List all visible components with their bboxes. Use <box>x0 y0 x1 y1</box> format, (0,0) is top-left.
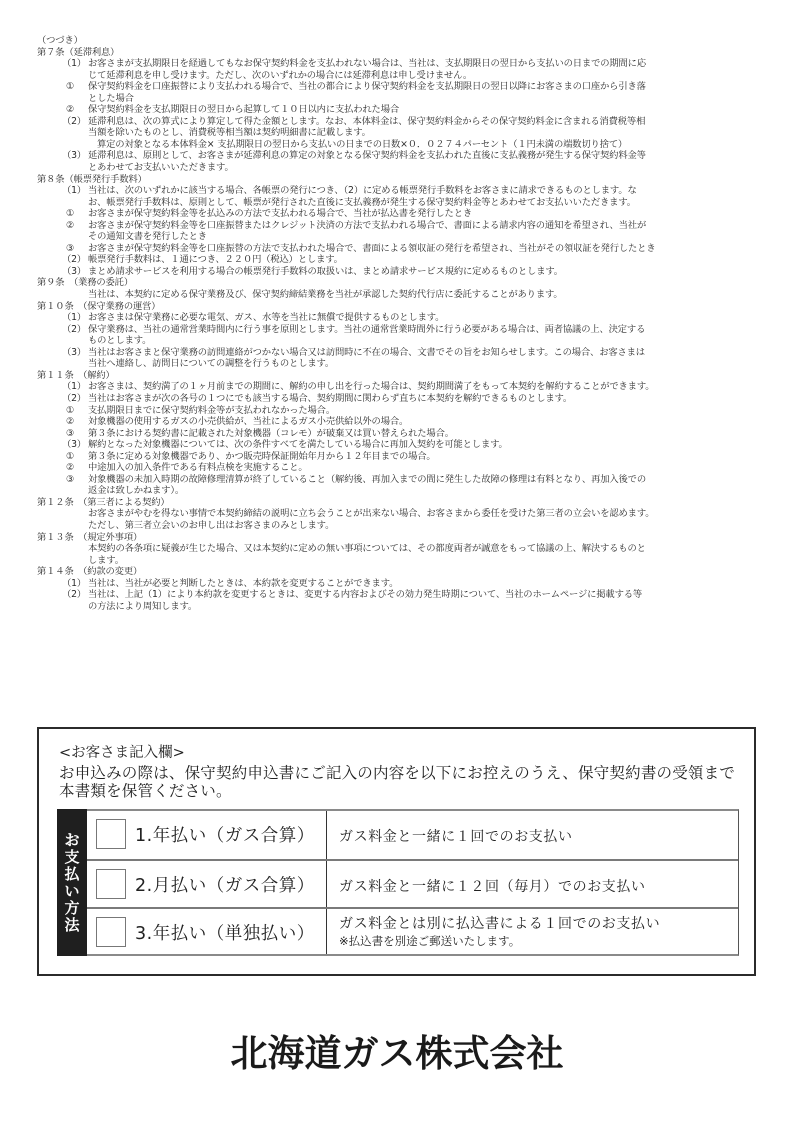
item-number: ② <box>66 416 88 428</box>
item-number: ① <box>66 208 88 220</box>
sub-item: ①保守契約料金を口座振替により支払われる場合で、当社の都合により保守契約料金を支… <box>37 81 762 93</box>
clause-item: （3）まとめ請求サービスを利用する場合の帳票発行手数料の取扱いは、まとめ請求サー… <box>37 266 762 278</box>
article-heading: 第１１条 （解約） <box>37 370 762 382</box>
item-text: 支払期限日までに保守契約料金等が支払われなかった場合。 <box>88 405 335 416</box>
entry-description: お申込みの際は、保守契約申込書にご記入の内容を以下にお控えのうえ、保守契約書の受… <box>59 764 749 800</box>
item-continuation: 当社へ連絡し、訪問日についての調整を行うものとします。 <box>37 358 762 370</box>
item-text: 保守業務は、当社の通常営業時間内に行う事を原則とします。当社の通常営業時間外に行… <box>88 324 645 335</box>
article-body: 当社は、本契約に定める保守業務及び、保守契約締結業務を当社が承認した契約代行店に… <box>37 289 762 301</box>
plan-label: 2.月払い（ガス合算） <box>135 872 315 897</box>
clause-item: （1）お客さまは、契約満了の１ヶ月前までの期間に、解約の申し出を行った場合は、契… <box>37 381 762 393</box>
sub-item: ①第３条に定める対象機器であり、かつ販売時保証開始年月から１２年目までの場合。 <box>37 451 762 463</box>
item-text: 第３条における契約書に記載された対象機器（コレモ）が破棄又は買い替えられた場合。 <box>88 428 454 439</box>
sub-item: ②保守契約料金を支払期限日の翌日から起算して１０日以内に支払われた場合 <box>37 104 762 116</box>
item-number: ① <box>66 405 88 417</box>
item-number: ③ <box>66 428 88 440</box>
clause-item: （2）当社はお客さまが次の各号の１つにでも該当する場合、契約期間に関わらず直ちに… <box>37 393 762 405</box>
item-text: 当社は、上記（1）により本約款を変更するときは、変更する内容およびその効力発生時… <box>88 589 642 600</box>
item-text: お客さまが保守契約料金等を払込みの方法で支払われる場合で、当社が払込書を発行した… <box>88 208 472 219</box>
item-number: （1） <box>62 578 88 590</box>
item-continuation: とあわせてお支払いいただきます。 <box>37 162 762 174</box>
clause-item: （1）お客さまが支払期限日を経過してもなお保守契約料金を支払われない場合は、当社… <box>37 58 762 70</box>
item-number: （2） <box>62 254 88 266</box>
clause-item: （2）保守業務は、当社の通常営業時間内に行う事を原則とします。当社の通常営業時間… <box>37 324 762 336</box>
item-text: 対象機器の未加入時期の故障修理清算が終了していること（解約後、再加入までの間に発… <box>88 474 646 485</box>
item-text: 解約となった対象機器については、次の条件すべてを満たしている場合に再加入契約を可… <box>88 439 508 450</box>
item-continuation: その通知文書を発行したとき <box>37 231 762 243</box>
item-number: （1） <box>62 312 88 324</box>
terms-text: （つづき）第７条（延滞利息）（1）お客さまが支払期限日を経過してもなお保守契約料… <box>37 35 762 612</box>
item-text: 対象機器の使用するガスの小売供給が、当社によるガス小売供給以外の場合。 <box>88 416 408 427</box>
item-text: その通知文書を発行したとき <box>66 231 762 243</box>
column-divider <box>326 909 327 954</box>
annual-separate-checkbox[interactable] <box>96 917 126 947</box>
item-number: （2） <box>62 589 88 601</box>
item-text: とあわせてお支払いいただきます。 <box>62 162 762 174</box>
item-text: 当社へ連絡し、訪問日についての調整を行うものとします。 <box>62 358 762 370</box>
item-text: とした場合 <box>66 93 762 105</box>
column-divider <box>326 811 327 859</box>
article-heading: 第１０条 （保守業務の運営） <box>37 301 762 313</box>
clause-item: （3）解約となった対象機器については、次の条件すべてを満たしている場合に再加入契… <box>37 439 762 451</box>
label-char: 払 <box>64 866 79 883</box>
label-char: 法 <box>64 917 79 934</box>
annual-gas-checkbox[interactable] <box>96 819 126 849</box>
item-text: じて延滞利息を申し受けます。ただし、次のいずれかの場合には延滞利息は申し受けませ… <box>62 70 762 82</box>
article-heading: 第１３条 （規定外事項） <box>37 532 762 544</box>
item-text: お客さまは、契約満了の１ヶ月前までの期間に、解約の申し出を行った場合は、契約期間… <box>88 381 654 392</box>
item-continuation: じて延滞利息を申し受けます。ただし、次のいずれかの場合には延滞利息は申し受けませ… <box>37 70 762 82</box>
item-number: ② <box>66 104 88 116</box>
clause-item: （2）当社は、上記（1）により本約款を変更するときは、変更する内容およびその効力… <box>37 589 762 601</box>
clause-item: （1）当社は、次のいずれかに該当する場合、各帳票の発行につき、（2）に定める帳票… <box>37 185 762 197</box>
sub-item: ①お客さまが保守契約料金等を払込みの方法で支払われる場合で、当社が払込書を発行し… <box>37 208 762 220</box>
item-text: お客さまは保守業務に必要な電気、ガス、水等を当社に無償で提供するものとします。 <box>88 312 444 323</box>
item-text: お、帳票発行手数料は、原則として、帳票が発行された直後に支払義務が発生する保守契… <box>62 197 762 209</box>
item-number: ② <box>66 220 88 232</box>
item-number: ③ <box>66 474 88 486</box>
item-text: 当額を除いたものとし、消費税等相当額は契約明細書に記載します。 <box>62 127 762 139</box>
article-body: お客さまがやむを得ない事情で本契約締結の説明に立ち会うことが出来ない場合、お客さ… <box>37 508 762 520</box>
plan-note: ※払込書を別途ご郵送いたします。 <box>339 933 520 949</box>
item-number: ① <box>66 81 88 93</box>
label-char: 支 <box>64 849 79 866</box>
item-number: （2） <box>62 393 88 405</box>
plan-description: ガス料金と一緒に１回でのお支払い <box>339 826 573 846</box>
article-heading: 第７条（延滞利息） <box>37 47 762 59</box>
item-text: の方法により周知します。 <box>62 601 762 613</box>
item-number: ② <box>66 462 88 474</box>
sub-item: ①支払期限日までに保守契約料金等が支払われなかった場合。 <box>37 405 762 417</box>
item-number: （3） <box>62 347 88 359</box>
item-continuation: お、帳票発行手数料は、原則として、帳票が発行された直後に支払義務が発生する保守契… <box>37 197 762 209</box>
item-number: （2） <box>62 324 88 336</box>
clause-item: （3）延滞利息は、原則として、お客さまが延滞利息の算定の対象となる保守契約料金を… <box>37 150 762 162</box>
item-text: 当社は、次のいずれかに該当する場合、各帳票の発行につき、（2）に定める帳票発行手… <box>88 185 637 196</box>
plan-description: ガス料金とは別に払込書による１回でのお支払い <box>339 913 660 933</box>
clause-item: （1）当社は、当社が必要と判断したときは、本約款を変更することができます。 <box>37 578 762 590</box>
item-text: お客さまが保守契約料金等を口座振替の方法で支払われた場合で、書面による領収証の発… <box>88 243 655 254</box>
item-text: ものとします。 <box>62 335 762 347</box>
item-continuation: 返金は致しかねます）。 <box>37 485 762 497</box>
payment-method-label: お 支 払 い 方 法 <box>57 809 87 956</box>
plan-label: 1.年払い（ガス合算） <box>135 822 315 847</box>
item-text: 延滞利息は、原則として、お客さまが延滞利息の算定の対象となる保守契約料金を支払わ… <box>88 150 646 161</box>
item-text: 当社はお客さまが次の各号の１つにでも該当する場合、契約期間に関わらず直ちに本契約… <box>88 393 572 404</box>
article-body: ただし、第三者立会いのお申し出はお客さまのみとします。 <box>37 520 762 532</box>
item-continuation: とした場合 <box>37 93 762 105</box>
item-text: 中途加入の加入条件である有料点検を実施すること。 <box>88 462 308 473</box>
item-text: 返金は致しかねます）。 <box>66 485 762 497</box>
label-char: 方 <box>64 900 79 917</box>
sub-item: ②中途加入の加入条件である有料点検を実施すること。 <box>37 462 762 474</box>
item-number: （3） <box>62 266 88 278</box>
article-heading: 第１４条 （約款の変更） <box>37 566 762 578</box>
article-heading: 第８条（帳票発行手数料） <box>37 174 762 186</box>
customer-entry-box: <お客さま記入欄> お申込みの際は、保守契約申込書にご記入の内容を以下にお控えの… <box>37 727 756 976</box>
item-number: ③ <box>66 243 88 255</box>
payment-option-annual-gas: 1.年払い（ガス合算） ガス料金と一緒に１回でのお支払い <box>87 811 738 859</box>
item-number: （1） <box>62 58 88 70</box>
item-continuation: の方法により周知します。 <box>37 601 762 613</box>
article-heading: 第９条 （業務の委託） <box>37 277 762 289</box>
item-number: ① <box>66 451 88 463</box>
clause-item: （2）帳票発行手数料は、１通につき、２２０円（税込）とします。 <box>37 254 762 266</box>
item-continuation: ものとします。 <box>37 335 762 347</box>
formula-text: 算定の対象となる本体料金× 支払期限日の翌日から支払いの日までの日数×０．０２７… <box>37 139 762 151</box>
item-number: （1） <box>62 381 88 393</box>
item-number: （2） <box>62 116 88 128</box>
clause-item: （2）延滞利息は、次の算式により算定して得た金額とします。なお、本体料金は、保守… <box>37 116 762 128</box>
item-text: 保守契約料金を口座振替により支払われる場合で、当社の都合により保守契約料金を支払… <box>88 81 646 92</box>
item-text: まとめ請求サービスを利用する場合の帳票発行手数料の取扱いは、まとめ請求サービス規… <box>88 266 563 277</box>
item-text: 帳票発行手数料は、１通につき、２２０円（税込）とします。 <box>88 254 343 265</box>
item-text: お客さまが保守契約料金等を口座振替またはクレジット決済の方法で支払われる場合で、… <box>88 220 646 231</box>
article-body: 本契約の各条項に疑義が生じた場合、又は本契約に定めの無い事項については、その都度… <box>37 543 762 555</box>
item-number: （3） <box>62 439 88 451</box>
item-text: お客さまが支払期限日を経過してもなお保守契約料金を支払われない場合は、当社は、支… <box>88 58 646 69</box>
article-heading: 第１２条 （第三者による契約） <box>37 497 762 509</box>
monthly-gas-checkbox[interactable] <box>96 869 126 899</box>
entry-title: <お客さま記入欄> <box>59 741 185 762</box>
continued-label: （つづき） <box>37 35 762 47</box>
label-char: い <box>64 883 79 900</box>
item-text: 第３条に定める対象機器であり、かつ販売時保証開始年月から１２年目までの場合。 <box>88 451 436 462</box>
item-text: 保守契約料金を支払期限日の翌日から起算して１０日以内に支払われた場合 <box>88 104 399 115</box>
sub-item: ③お客さまが保守契約料金等を口座振替の方法で支払われた場合で、書面による領収証の… <box>37 243 762 255</box>
item-text: 延滞利息は、次の算式により算定して得た金額とします。なお、本体料金は、保守契約料… <box>88 116 645 127</box>
plan-description: ガス料金と一緒に１２回（毎月）でのお支払い <box>339 876 646 896</box>
company-name: 北海道ガス株式会社 <box>0 1023 794 1077</box>
item-number: （3） <box>62 150 88 162</box>
article-body: します。 <box>37 555 762 567</box>
payment-option-monthly-gas: 2.月払い（ガス合算） ガス料金と一緒に１２回（毎月）でのお支払い <box>87 859 738 907</box>
sub-item: ②お客さまが保守契約料金等を口座振替またはクレジット決済の方法で支払われる場合で… <box>37 220 762 232</box>
clause-item: （1）お客さまは保守業務に必要な電気、ガス、水等を当社に無償で提供するものとしま… <box>37 312 762 324</box>
label-char: お <box>64 832 79 849</box>
payment-options: 1.年払い（ガス合算） ガス料金と一緒に１回でのお支払い 2.月払い（ガス合算）… <box>87 809 739 956</box>
item-continuation: 当額を除いたものとし、消費税等相当額は契約明細書に記載します。 <box>37 127 762 139</box>
item-text: 当社はお客さまと保守業務の訪問連絡がつかない場合又は訪問時に不在の場合、文書でそ… <box>88 347 645 358</box>
sub-item: ③対象機器の未加入時期の故障修理清算が終了していること（解約後、再加入までの間に… <box>37 474 762 486</box>
item-number: （1） <box>62 185 88 197</box>
clause-item: （3）当社はお客さまと保守業務の訪問連絡がつかない場合又は訪問時に不在の場合、文… <box>37 347 762 359</box>
item-text: 当社は、当社が必要と判断したときは、本約款を変更することができます。 <box>88 578 398 589</box>
payment-method-table: お 支 払 い 方 法 1.年払い（ガス合算） ガス料金と一緒に１回でのお支払い… <box>57 809 739 956</box>
sub-item: ②対象機器の使用するガスの小売供給が、当社によるガス小売供給以外の場合。 <box>37 416 762 428</box>
column-divider <box>326 861 327 907</box>
sub-item: ③第３条における契約書に記載された対象機器（コレモ）が破棄又は買い替えられた場合… <box>37 428 762 440</box>
plan-label: 3.年払い（単独払い） <box>135 920 315 945</box>
payment-option-annual-separate: 3.年払い（単独払い） ガス料金とは別に払込書による１回でのお支払い ※払込書を… <box>87 907 738 954</box>
